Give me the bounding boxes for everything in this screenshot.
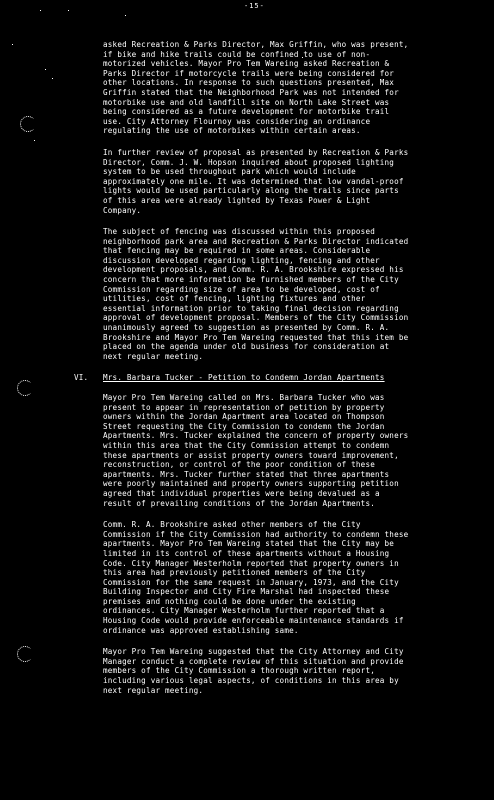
scan-speck: [125, 15, 126, 16]
paragraph: In further review of proposal as present…: [103, 148, 413, 215]
punch-hole-mark: [17, 380, 33, 396]
minutes-body: asked Recreation & Parks Director, Max G…: [103, 40, 413, 707]
scan-speck: [52, 78, 53, 79]
paragraph: asked Recreation & Parks Director, Max G…: [103, 40, 413, 136]
scan-speck: [34, 140, 35, 141]
punch-hole-mark: [17, 646, 33, 662]
paragraph: Mayor Pro Tem Wareing suggested that the…: [103, 647, 413, 695]
agenda-item-title: Mrs. Barbara Tucker - Petition to Condem…: [103, 373, 385, 382]
agenda-item-heading: VI. Mrs. Barbara Tucker - Petition to Co…: [66, 373, 413, 383]
paragraph: Comm. R. A. Brookshire asked other membe…: [103, 520, 413, 635]
agenda-item-number: VI.: [74, 373, 88, 383]
scan-speck: [12, 44, 13, 45]
scan-speck: [40, 10, 41, 11]
punch-hole-mark: [20, 116, 36, 132]
paragraph: The subject of fencing was discussed wit…: [103, 227, 413, 361]
scan-speck: [68, 10, 69, 11]
page-number: -15-: [244, 2, 265, 10]
paragraph: Mayor Pro Tem Wareing called on Mrs. Bar…: [103, 393, 413, 508]
scan-speck: [45, 69, 46, 70]
